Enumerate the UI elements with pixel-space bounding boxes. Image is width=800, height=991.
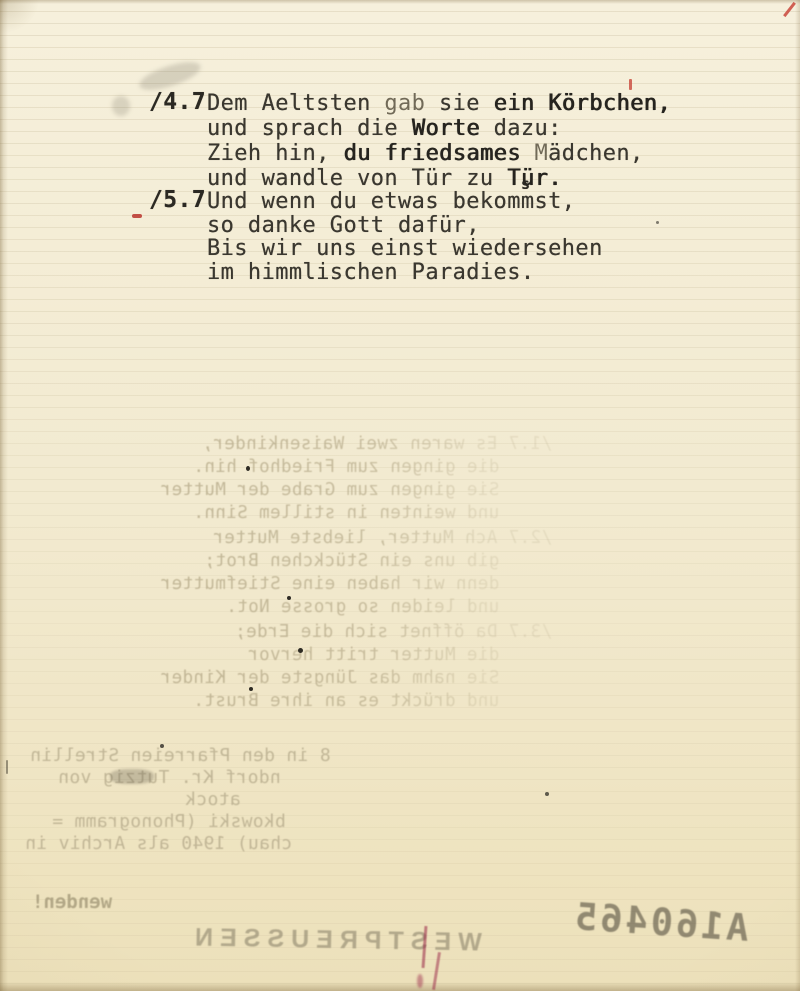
red-pencil-mark — [783, 2, 796, 17]
showthrough-line: und leiden so grosse Not. — [120, 596, 552, 619]
typed-line: und sprach die Worte dazu: — [207, 116, 671, 141]
ink-speck — [298, 648, 303, 653]
typed-segment: ein Körbchen, — [494, 91, 671, 116]
paper-corner-shadow — [0, 0, 70, 60]
showthrough-verses: /1.7 Es waren zwei Waisenkinder,die ging… — [120, 433, 552, 715]
typed-segment: und sprach die — [207, 116, 412, 141]
showthrough-line: und drückt es an ihre Brust. — [120, 690, 552, 713]
typed-segment: M — [535, 141, 549, 166]
ink-speck — [249, 687, 253, 691]
verse-4-marker: /4.7 — [149, 89, 206, 115]
typed-segment: Dem Aeltsten — [207, 91, 384, 116]
paper-edge-left — [0, 0, 8, 991]
typed-segment: du friedsames — [343, 141, 534, 166]
showthrough-line: Sie nahm das Jüngste der Kinder — [120, 667, 552, 690]
showthrough-caption-line: 8 in den Pfarreien Strellin — [30, 745, 331, 766]
typed-segment: und wandle von Tür zu — [207, 166, 507, 191]
typed-segment: im himmlischen Paradies. — [207, 260, 534, 285]
showthrough-verse: /3.7 Da öffnet sich die Erde;die Mutter … — [120, 621, 552, 713]
typed-correction-mark: s — [521, 175, 530, 193]
verse-4-lines: Dem Aeltsten gab sie ein Körbchen,und sp… — [207, 91, 671, 191]
showthrough-caption-line: chau) 1940 als Archiv in — [25, 833, 292, 854]
ink-speck — [160, 744, 164, 748]
showthrough-line: gib uns ein Stückchen Brot; — [120, 550, 552, 573]
ink-speck — [545, 792, 549, 796]
typed-line: Und wenn du etwas bekommst, — [207, 189, 603, 213]
typed-segment: sie — [425, 91, 493, 116]
showthrough-line: die Mutter tritt hervor — [120, 644, 552, 667]
typed-segment: Tür. — [507, 166, 562, 191]
typed-line: und wandle von Tür zu Tür. — [207, 166, 671, 191]
typed-line: Bis wir uns einst wiedersehen — [207, 236, 603, 260]
typed-line: Dem Aeltsten gab sie ein Körbchen, — [207, 91, 671, 116]
showthrough-caption-line: ndorf Kr. Tutzig von — [58, 767, 281, 788]
verse-5-lines: Und wenn du etwas bekommst,so danke Gott… — [207, 189, 603, 283]
showthrough-line: und weinten in stillem Sinn. — [120, 502, 552, 525]
ink-speck — [246, 466, 250, 471]
paper-edge-bottom — [0, 982, 800, 991]
typed-segment: gab — [384, 91, 425, 116]
showthrough-note: wenden! — [32, 891, 112, 913]
pencil-smudge — [112, 96, 130, 116]
showthrough-line: Sie gingen zum Grabe der Mutter — [120, 479, 552, 502]
showthrough-verse: /1.7 Es waren zwei Waisenkinder,die ging… — [120, 433, 552, 525]
typed-line: so danke Gott dafür, — [207, 213, 603, 237]
showthrough-line: die gingen zum Friedhof hin. — [120, 456, 552, 479]
ink-speck — [287, 596, 291, 600]
showthrough-line: /2.7 Ach Mutter, liebste Mutter — [120, 527, 552, 550]
typed-segment: Bis wir uns einst wiedersehen — [207, 236, 603, 261]
verse-4: /4.7 Dem Aeltsten gab sie ein Körbchen,u… — [207, 91, 671, 191]
showthrough-line: /3.7 Da öffnet sich die Erde; — [120, 621, 552, 644]
typed-segment: dazu: — [480, 116, 562, 141]
showthrough-shelfmark-number: A160465 — [571, 895, 751, 950]
red-ink-blot — [417, 974, 423, 988]
typed-segment: so danke Gott dafür, — [207, 213, 480, 238]
verse-5: /5.7 Und wenn du etwas bekommst,so danke… — [207, 189, 603, 283]
red-pencil-dash — [132, 214, 142, 218]
verse-5-marker: /5.7 — [149, 187, 206, 213]
ink-smudge — [110, 769, 154, 784]
document-page: /4.7 Dem Aeltsten gab sie ein Körbchen,u… — [0, 0, 800, 991]
typed-segment: ädchen, — [548, 141, 644, 166]
showthrough-caption-line: bkowski (Phonogramm = — [52, 811, 286, 832]
showthrough-line: /1.7 Es waren zwei Waisenkinder, — [120, 433, 552, 456]
typed-line: Zieh hin, du friedsames Mädchen, — [207, 141, 671, 166]
paper-edge-top — [0, 0, 800, 4]
typed-segment: Zieh hin, — [207, 141, 343, 166]
paper-edge-right — [795, 0, 800, 991]
showthrough-line: denn wir haben eine Stiefmutter — [120, 573, 552, 596]
showthrough-verse: /2.7 Ach Mutter, liebste Muttergib uns e… — [120, 527, 552, 619]
ink-speck — [656, 221, 659, 224]
typed-segment: Worte — [412, 116, 480, 141]
pencil-tick-mark — [6, 760, 8, 774]
showthrough-caption-line: atock — [185, 789, 241, 810]
typed-line: im himmlischen Paradies. — [207, 260, 603, 284]
red-pencil-mark — [629, 79, 632, 90]
